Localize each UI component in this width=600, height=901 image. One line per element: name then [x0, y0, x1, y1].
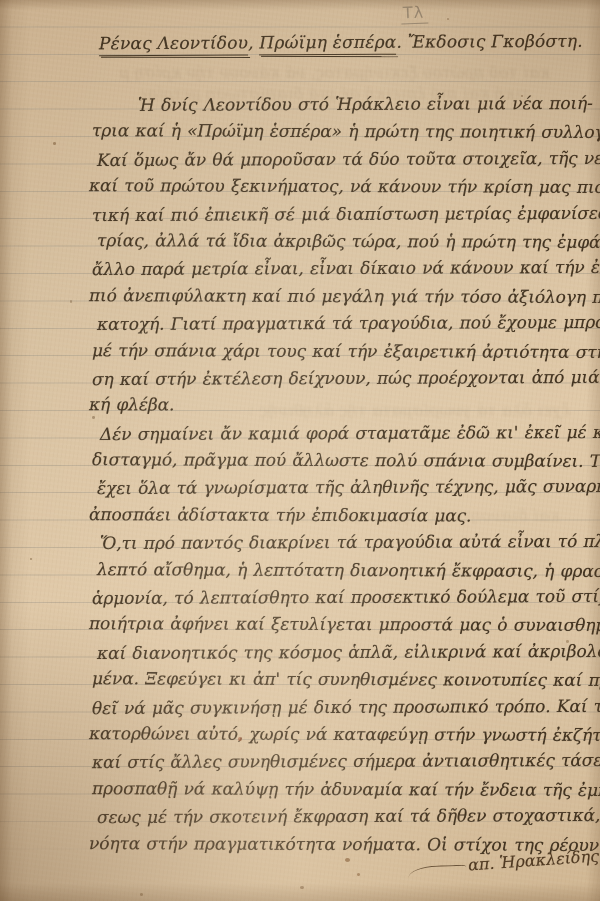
paper-speck [447, 18, 449, 20]
manuscript-line: τρίας, ἀλλά τά ἴδια ἀκριβῶς τώρα, πού ἡ … [97, 228, 584, 257]
heading-author: Ρένας Λεοντίδου [99, 33, 248, 56]
manuscript-line: δισταγμό, πρᾶγμα πού ἄλλωστε πολύ σπάνια… [92, 447, 584, 476]
manuscript-line: ση καί στήν ἐκτέλεση δείχνουν, πώς προέρ… [92, 365, 584, 395]
manuscript-line: ποιήτρια ἀφήνει καί ξετυλίγεται μπροστά … [89, 612, 584, 641]
manuscript-line: κατορθώνει αὐτό, χωρίς νά καταφεύγῃ στήν… [89, 721, 584, 750]
manuscript-line: τρια καί ἡ «Πρώϊμη ἑσπέρα» ἡ πρώτη της π… [92, 119, 584, 148]
manuscript-page: καί τοῦ πρώτου ξεκινήματος, νά κάνουν τή… [0, 0, 600, 901]
manuscript-body: Ἡ δνίς Λεοντίδου στό Ἡράκλειο εἶναι μιά … [92, 92, 584, 859]
manuscript-line: τική καί πιό ἐπιεικῆ σέ μιά διαπίστωση μ… [92, 200, 584, 230]
manuscript-line: κή φλέβα. [89, 392, 584, 421]
manuscript-line: καί στίς ἄλλες συνηθισμένες σήμερα ἀντια… [92, 748, 584, 778]
manuscript-line: ἔχει ὅλα τά γνωρίσματα τῆς ἀληθινῆς τέχν… [97, 474, 584, 504]
paper-speck [70, 300, 72, 303]
manuscript-line: Δέν σημαίνει ἄν καμιά φορά σταματᾶμε ἐδῶ… [100, 420, 584, 450]
manuscript-line: θεῖ νά μᾶς συγκινήσῃ μέ δικό της προσωπι… [92, 694, 584, 724]
manuscript-line: λεπτό αἴσθημα, ἡ λεπτότατη διανοητική ἔκ… [97, 557, 584, 586]
paper-speck [30, 558, 32, 560]
signature-flourish [408, 865, 466, 878]
manuscript-line: κατοχή. Γιατί πραγματικά τά τραγούδια, π… [97, 310, 584, 340]
paper-speck [300, 886, 304, 889]
heading-publisher: . Ἔκδοσις Γκοβόστη. [396, 32, 583, 53]
paper-speck [140, 893, 143, 896]
paper-speck [357, 873, 360, 876]
bleedthrough-text: καί τοῦ πρώτου ξεκινήματος, νά κάνουν τή… [120, 63, 550, 82]
manuscript-line: μέ τήν σπάνια χάρι τους καί τήν ἐξαιρετι… [92, 338, 584, 367]
heading-work-title: Πρώϊμη ἑσπέρα [259, 33, 396, 56]
paper-speck [53, 142, 56, 145]
manuscript-line: Ὅ,τι πρό παντός διακρίνει τά τραγούδια α… [100, 529, 584, 559]
heading-separator: , [248, 33, 259, 53]
manuscript-line: Καί ὅμως ἄν θά μποροῦσαν τά δύο τοῦτα στ… [97, 146, 584, 176]
manuscript-line: μένα. Ξεφεύγει κι ἀπ' τίς συνηθισμένες κ… [92, 666, 584, 695]
manuscript-line: καί διανοητικός της κόσμος ἁπλᾶ, εἰλικρι… [97, 639, 584, 669]
manuscript-line: Ἡ δνίς Λεοντίδου στό Ἡράκλειο εἶναι μιά … [92, 91, 584, 121]
heading-line: Ρένας Λεοντίδου, Πρώϊμη ἑσπέρα. Ἔκδοσις … [99, 32, 579, 55]
manuscript-line: σεως μέ τήν σκοτεινή ἔκφραση καί τά δῆθε… [97, 803, 584, 833]
manuscript-line: καί τοῦ πρώτου ξεκινήματος, νά κάνουν τή… [89, 173, 584, 202]
manuscript-line: ἀποσπάει ἀδίστακτα τήν ἐπιδοκιμασία μας. [89, 502, 584, 531]
manuscript-line: πιό ἀνεπιφύλακτη καί πιό μεγάλη γιά τήν … [89, 283, 584, 312]
manuscript-line: προσπαθῇ νά καλύψῃ τήν ἀδυναμία καί τήν … [92, 776, 584, 805]
manuscript-line: ἄλλο παρά μετρία εἶναι, εἶναι δίκαιο νά … [92, 255, 584, 285]
pencil-page-mark: Τλ [401, 3, 429, 25]
manuscript-line: ἁρμονία, τό λεπταίσθητο καί προσεκτικό δ… [92, 584, 584, 614]
